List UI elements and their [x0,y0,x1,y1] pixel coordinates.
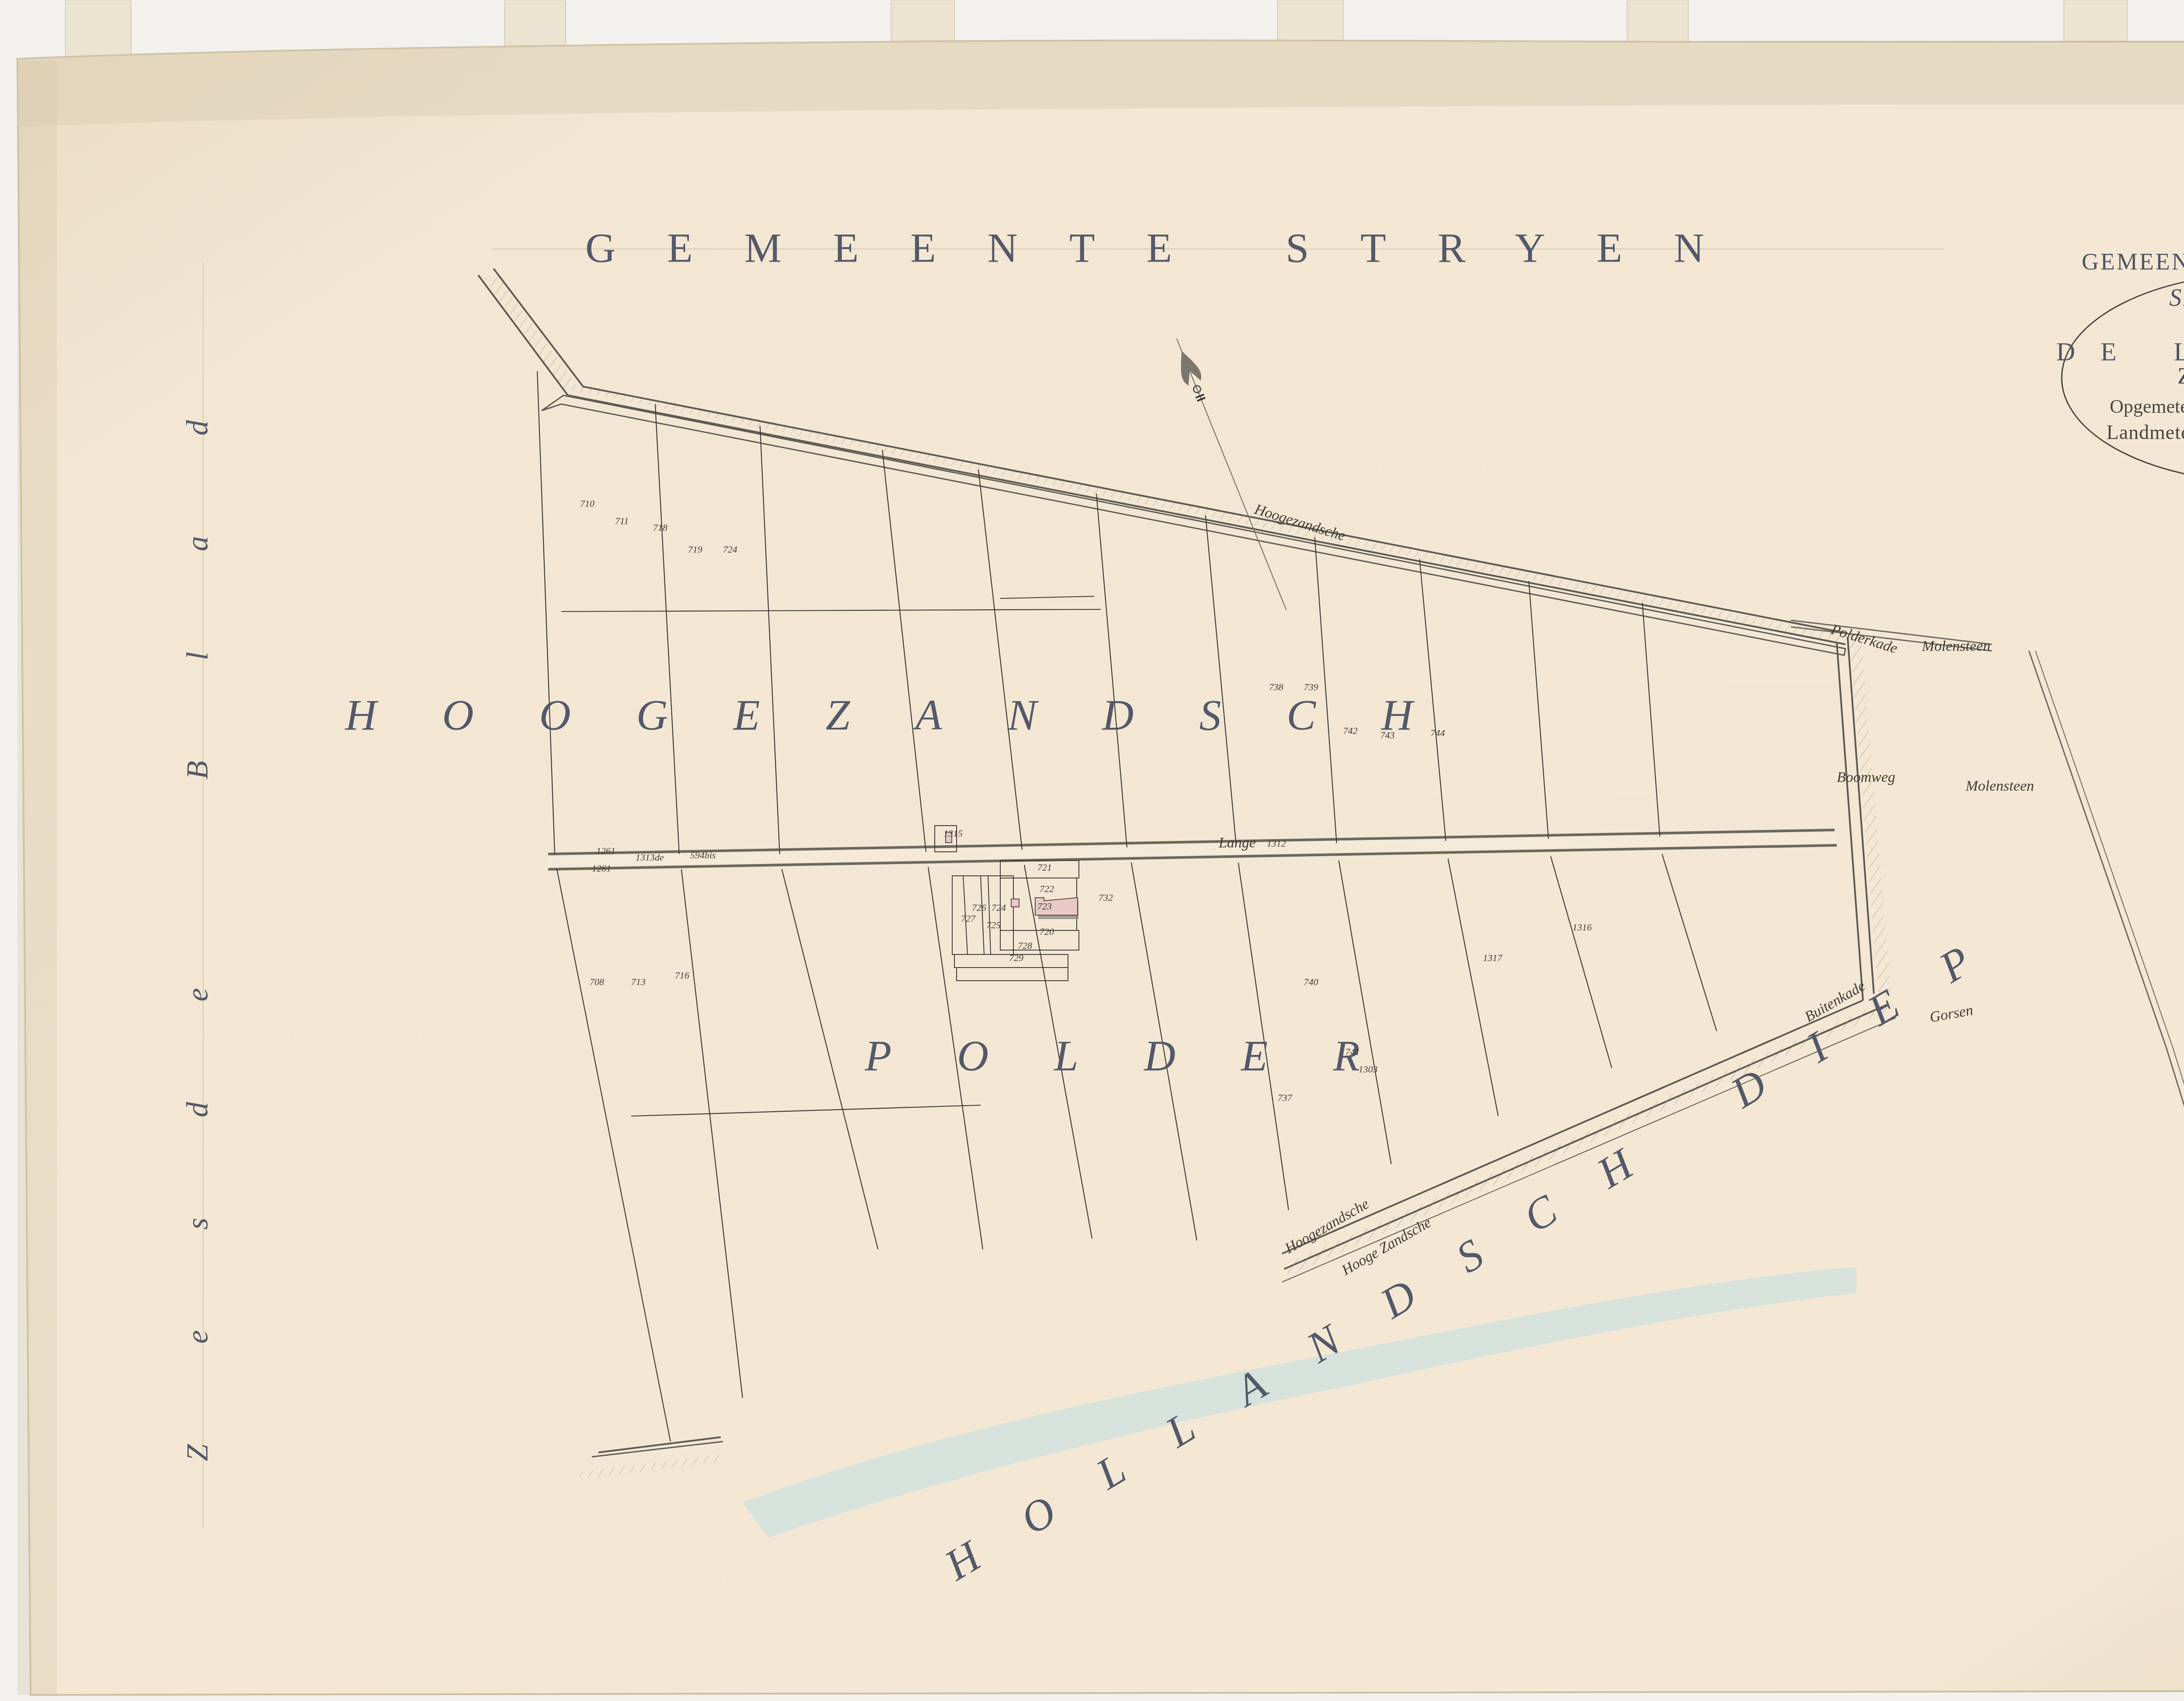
parcel-number: 1303 [1358,1064,1378,1075]
parcel-number: 727 [961,913,976,924]
parcel-number: 722 [1040,883,1054,894]
parcel-number: 1312 [1267,838,1286,849]
parcel-number: 718 [653,522,667,533]
parcel-number: 724 [723,544,737,555]
parcel-number: 711 [615,515,629,526]
parcel-number: 737 [1278,1092,1292,1103]
parcel-number: 1316 [1572,922,1592,933]
parcel-number: 720 [1040,926,1054,937]
parcel-number: 729 [1009,952,1023,963]
cartouche-sheet: Zevende Blad [2177,364,2184,389]
parcel-number: 728 [1018,940,1032,951]
parcel-number: 708 [590,976,604,987]
parcel-number: 741 [1345,1046,1360,1057]
parcel-number: 732 [1099,892,1113,903]
feature-label-molensteen-1: Molensteen [1921,638,1990,654]
parcel-number: 721 [1037,862,1052,873]
region-label-polder: POLDER [864,1031,1425,1080]
parcel-number: 1261 [592,863,611,874]
cartouche-area-name: DE LAAGJES [2056,337,2184,366]
parcel-number: 743 [1380,729,1395,740]
cartouche-surveyor-label: Opgemeten door [2110,396,2184,417]
region-label-polder-name: HOOGEZANDSCH [344,691,1478,739]
feature-label-boomweg: Boomweg [1837,769,1895,785]
parcel-number: 1313de [636,852,664,863]
cartouche-surveyor-title: Landmeter van de Eerste Klasse. [2106,421,2184,443]
parcel-number: 716 [675,970,689,981]
parcel-number: 1261 [596,845,615,856]
cadastral-map: GEMEENTE NUMANSDORP SECTIE C genaamd DE … [0,0,2184,1701]
parcel-number: 724 [992,902,1006,913]
region-label-left-margin: Zesde Blad [181,320,214,1461]
parcel-number: 744 [1431,727,1445,738]
feature-label-road-lange: Lange [1218,835,1256,851]
feature-label-molensteen-2: Molensteen [1965,778,2034,794]
parcel-number: 1315 [943,828,963,839]
parcel-number: 726 [972,902,986,913]
region-label-north: GEMEENTE STRYEN [585,225,1755,271]
parcel-number: 1317 [1483,952,1503,963]
parcel-number: 713 [631,976,646,987]
cartouche-municipality: GEMEENTE NUMANSDORP [2082,249,2184,275]
paper-sheet [17,41,2184,1695]
parcel-number: 723 [1037,901,1052,912]
parcel-number: 719 [688,544,702,555]
parcel-number: 740 [1304,976,1318,987]
parcel-number: 710 [580,498,594,509]
parcel-number: 738 [1269,681,1283,692]
parcel-number: 739 [1304,681,1318,692]
paper-left-edge-stain [17,61,57,1695]
parcel-number: 742 [1343,725,1358,736]
parcel-number: 594bis [690,850,716,861]
parcel-number: 725 [986,920,1001,930]
cartouche-section-label: SECTIE [2169,284,2184,311]
